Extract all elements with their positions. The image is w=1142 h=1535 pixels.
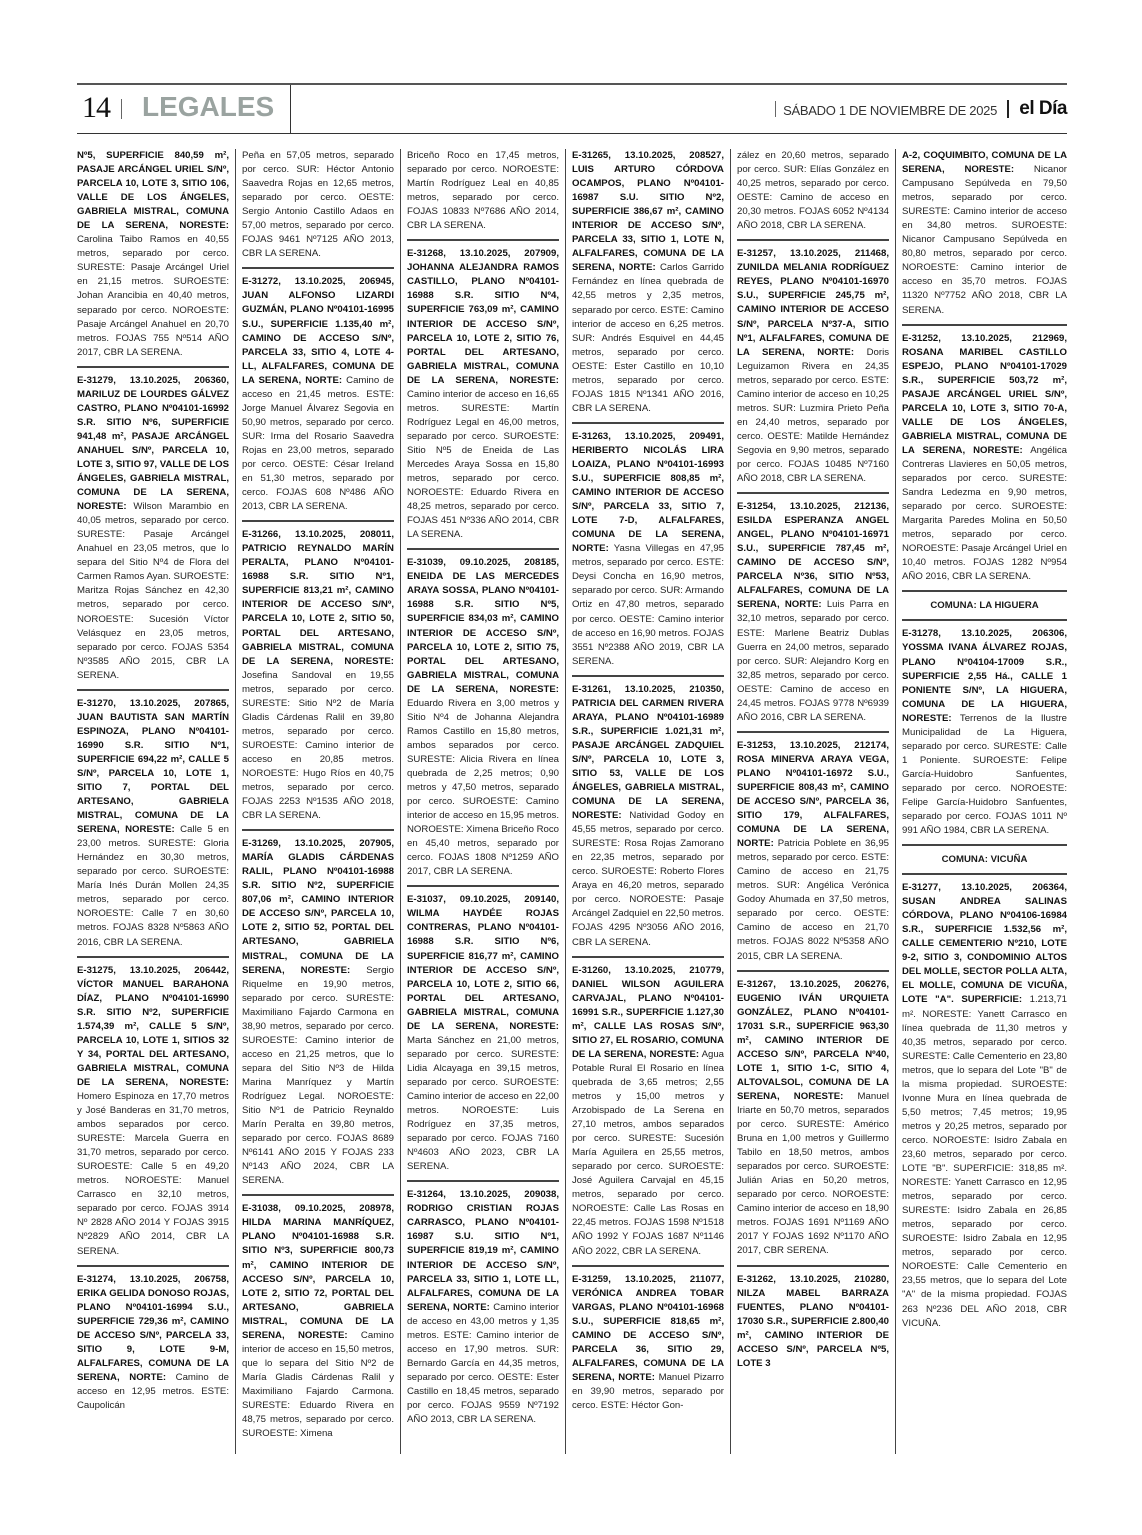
- column-divider: [895, 149, 896, 1454]
- notice-heading: E-31261, 13.10.2025, 210350, PATRICIA DE…: [572, 684, 724, 821]
- header-top-rule: [77, 83, 1067, 85]
- notice-heading: E-31275, 13.10.2025, 206442, VÍCTOR MANU…: [77, 965, 229, 1088]
- notice-body: 1.213,71 m². NORESTE: Yanett Carrasco en…: [902, 994, 1067, 1328]
- header-separator: [1007, 100, 1009, 118]
- legal-notice: Briceño Roco en 17,45 metros, separado p…: [407, 149, 559, 241]
- comuna-heading-vicuna: COMUNA: VICUÑA: [902, 852, 1067, 875]
- notice-body: Calle 5 en 23,00 metros. SURESTE: Gloria…: [77, 824, 229, 947]
- legal-notice: E-31270, 13.10.2025, 207865, JUAN BAUTIS…: [77, 697, 229, 958]
- notice-heading: E-31262, 13.10.2025, 210280, NILZA MABEL…: [737, 1274, 889, 1369]
- legal-notice: E-31261, 13.10.2025, 210350, PATRICIA DE…: [572, 683, 724, 958]
- legal-notice: E-31037, 09.10.2025, 209140, WILMA HAYDÉ…: [407, 893, 559, 1182]
- legal-notice: Peña en 57,05 metros, separado por cerco…: [242, 149, 394, 269]
- notice-heading: E-31260, 13.10.2025, 210779, DANIEL WILS…: [572, 965, 724, 1060]
- legal-notice: E-31253, 13.10.2025, 212174, ROSA MINERV…: [737, 739, 889, 972]
- column-divider: [235, 149, 236, 1454]
- notice-body: Patricia Poblete en 36,95 metros, separa…: [737, 838, 889, 961]
- legal-notice: E-31252, 13.10.2025, 212969, ROSANA MARI…: [902, 332, 1067, 593]
- legal-notice: E-31267, 13.10.2025, 206276, EUGENIO IVÁ…: [737, 978, 889, 1267]
- notice-heading: E-31279, 13.10.2025, 206360, MARILUZ DE …: [77, 375, 229, 512]
- notice-body: Wilson Marambio en 40,05 metros, separad…: [77, 501, 229, 681]
- notice-heading: E-31270, 13.10.2025, 207865, JUAN BAUTIS…: [77, 698, 229, 835]
- header-bottom-rule: [77, 133, 1067, 134]
- notice-heading: E-31263, 13.10.2025, 209491, HERIBERTO N…: [572, 431, 724, 554]
- section-title: LEGALES: [142, 91, 274, 123]
- legal-notice: E-31268, 13.10.2025, 207909, JOHANNA ALE…: [407, 247, 559, 550]
- notice-heading: E-31278, 13.10.2025, 206306, YOSSMA IVAN…: [902, 628, 1067, 723]
- notice-body: Josefina Sandoval en 19,55 metros, separ…: [242, 670, 394, 821]
- page-header: 14 LEGALES SÁBADO 1 DE NOVIEMBRE DE 2025…: [77, 83, 1067, 135]
- column-divider: [400, 149, 401, 1454]
- column-2: Peña en 57,05 metros, separado por cerco…: [242, 149, 394, 1454]
- notice-body: Eduardo Rivera en 3,00 metros y Sitio Nº…: [407, 698, 559, 878]
- notice-body: Doris Leguizamon Rivera en 24,35 metros,…: [737, 347, 889, 484]
- notice-heading: E-31267, 13.10.2025, 206276, EUGENIO IVÁ…: [737, 979, 889, 1102]
- publication-date: SÁBADO 1 DE NOVIEMBRE DE 2025: [783, 103, 997, 118]
- notice-body: Camino interior de acceso en 43,00 metro…: [407, 1302, 559, 1425]
- notice-body: Camino de acceso en 21,45 metros. ESTE: …: [242, 375, 394, 512]
- legal-notice: E-31274, 13.10.2025, 206758, ERIKA GELID…: [77, 1273, 229, 1419]
- notice-heading: E-31253, 13.10.2025, 212174, ROSA MINERV…: [737, 740, 889, 849]
- notice-body: Briceño Roco en 17,45 metros, separado p…: [407, 150, 559, 231]
- legal-notice: E-31272, 13.10.2025, 206945, JUAN ALFONS…: [242, 275, 394, 522]
- legal-notice: E-31275, 13.10.2025, 206442, VÍCTOR MANU…: [77, 964, 229, 1267]
- page-number: 14: [82, 93, 110, 123]
- notice-heading: E-31272, 13.10.2025, 206945, JUAN ALFONS…: [242, 276, 394, 385]
- legal-notice: E-31278, 13.10.2025, 206306, YOSSMA IVAN…: [902, 627, 1067, 846]
- legal-notice: E-31039, 09.10.2025, 208185, ENEIDA DE L…: [407, 556, 559, 887]
- notice-heading: Nº5, SUPERFICIE 840,59 m², PASAJE ARCÁNG…: [77, 150, 229, 231]
- notice-heading: E-31038, 09.10.2025, 208978, HILDA MARIN…: [242, 1203, 394, 1340]
- notice-body: Camino interior de acceso en 16,65 metro…: [407, 389, 559, 540]
- notice-body: Homero Espinoza en 17,70 metros y José B…: [77, 1091, 229, 1257]
- legal-notice: E-31265, 13.10.2025, 208527, LUIS ARTURO…: [572, 149, 724, 424]
- notice-heading: E-31252, 13.10.2025, 212969, ROSANA MARI…: [902, 333, 1067, 456]
- legal-notice: Nº5, SUPERFICIE 840,59 m², PASAJE ARCÁNG…: [77, 149, 229, 368]
- notice-body: Carolina Taibo Ramos en 40,55 metros, se…: [77, 234, 229, 357]
- newspaper-logo: el Día: [1019, 98, 1067, 120]
- header-separator: [775, 101, 776, 117]
- notice-heading: E-31259, 13.10.2025, 211077, VERÓNICA AN…: [572, 1274, 724, 1383]
- notice-body: Natividad Godoy en 45,55 metros, separad…: [572, 810, 724, 947]
- notice-body: Sergio Riquelme en 19,90 metros, separad…: [242, 965, 394, 1187]
- legal-notice: zález en 20,60 metros, separado por cerc…: [737, 149, 889, 241]
- header-separator: [121, 99, 122, 119]
- notice-heading: E-31037, 09.10.2025, 209140, WILMA HAYDÉ…: [407, 894, 559, 1031]
- notice-heading: E-31269, 13.10.2025, 207905, MARÍA GLADI…: [242, 838, 394, 975]
- legal-notice: E-31269, 13.10.2025, 207905, MARÍA GLADI…: [242, 837, 394, 1196]
- legal-notice: E-31254, 13.10.2025, 212136, ESILDA ESPE…: [737, 500, 889, 733]
- legal-notice: E-31259, 13.10.2025, 211077, VERÓNICA AN…: [572, 1273, 724, 1419]
- legal-notice: E-31260, 13.10.2025, 210779, DANIEL WILS…: [572, 964, 724, 1267]
- notice-body: zález en 20,60 metros, separado por cerc…: [737, 150, 889, 231]
- notice-body: Terrenos de la Ilustre Municipalidad de …: [902, 713, 1067, 836]
- legal-notice: E-31257, 13.10.2025, 211468, ZUNILDA MEL…: [737, 247, 889, 494]
- column-5: zález en 20,60 metros, separado por cerc…: [737, 149, 889, 1454]
- notice-body: Agua Potable Rural El Rosario en línea q…: [572, 1049, 724, 1257]
- notice-body: Carlos Garrido Fernández en línea quebra…: [572, 262, 724, 413]
- notice-heading: E-31268, 13.10.2025, 207909, JOHANNA ALE…: [407, 248, 559, 385]
- notice-heading: E-31274, 13.10.2025, 206758, ERIKA GELID…: [77, 1274, 229, 1383]
- column-divider: [565, 149, 566, 1454]
- column-divider: [730, 149, 731, 1454]
- legal-notice: E-31264, 13.10.2025, 209038, RODRIGO CRI…: [407, 1188, 559, 1433]
- notice-heading: E-31277, 13.10.2025, 206364, SUSAN ANDRE…: [902, 882, 1067, 1005]
- comuna-heading-la-higuera: COMUNA: LA HIGUERA: [902, 598, 1067, 621]
- notice-body: Manuel Iriarte en 50,70 metros, separado…: [737, 1091, 889, 1257]
- notice-body: Peña en 57,05 metros, separado por cerco…: [242, 150, 394, 259]
- legal-notice: E-31277, 13.10.2025, 206364, SUSAN ANDRE…: [902, 881, 1067, 1337]
- column-4: E-31265, 13.10.2025, 208527, LUIS ARTURO…: [572, 149, 724, 1454]
- legal-notice: E-31262, 13.10.2025, 210280, NILZA MABEL…: [737, 1273, 889, 1377]
- column-3: Briceño Roco en 17,45 metros, separado p…: [407, 149, 559, 1454]
- notice-body: Camino interior de acceso en 15,50 metro…: [242, 1330, 394, 1439]
- legal-notice: E-31263, 13.10.2025, 209491, HERIBERTO N…: [572, 430, 724, 677]
- notice-body: Marta Sánchez en 21,00 metros, separado …: [407, 1035, 559, 1172]
- column-6: A-2, COQUIMBITO, COMUNA DE LA SERENA, NO…: [902, 149, 1067, 1454]
- header-vertical-divider: [290, 85, 291, 133]
- notice-body: Nicanor Campusano Sepúlveda en 79,50 met…: [902, 164, 1067, 315]
- legal-notice: E-31038, 09.10.2025, 208978, HILDA MARIN…: [242, 1202, 394, 1447]
- notice-heading: E-31264, 13.10.2025, 209038, RODRIGO CRI…: [407, 1189, 559, 1312]
- notice-heading: E-31039, 09.10.2025, 208185, ENEIDA DE L…: [407, 557, 559, 694]
- notice-heading: E-31266, 13.10.2025, 208011, PATRICIO RE…: [242, 529, 394, 666]
- legal-notice: A-2, COQUIMBITO, COMUNA DE LA SERENA, NO…: [902, 149, 1067, 326]
- notice-heading: E-31257, 13.10.2025, 211468, ZUNILDA MEL…: [737, 248, 889, 357]
- notice-body: Luis Parra en 32,10 metros, separado por…: [737, 599, 889, 722]
- notice-heading: E-31265, 13.10.2025, 208527, LUIS ARTURO…: [572, 150, 724, 273]
- legal-notices-columns: Nº5, SUPERFICIE 840,59 m², PASAJE ARCÁNG…: [77, 149, 1070, 1459]
- legal-notice: E-31266, 13.10.2025, 208011, PATRICIO RE…: [242, 528, 394, 831]
- notice-body: Yasna Villegas en 47,95 metros, separado…: [572, 543, 724, 666]
- legal-notice: E-31279, 13.10.2025, 206360, MARILUZ DE …: [77, 374, 229, 691]
- column-1: Nº5, SUPERFICIE 840,59 m², PASAJE ARCÁNG…: [77, 149, 229, 1454]
- notice-heading: E-31254, 13.10.2025, 212136, ESILDA ESPE…: [737, 501, 889, 610]
- notice-body: Angélica Contreras Llavieres en 50,05 me…: [902, 445, 1067, 582]
